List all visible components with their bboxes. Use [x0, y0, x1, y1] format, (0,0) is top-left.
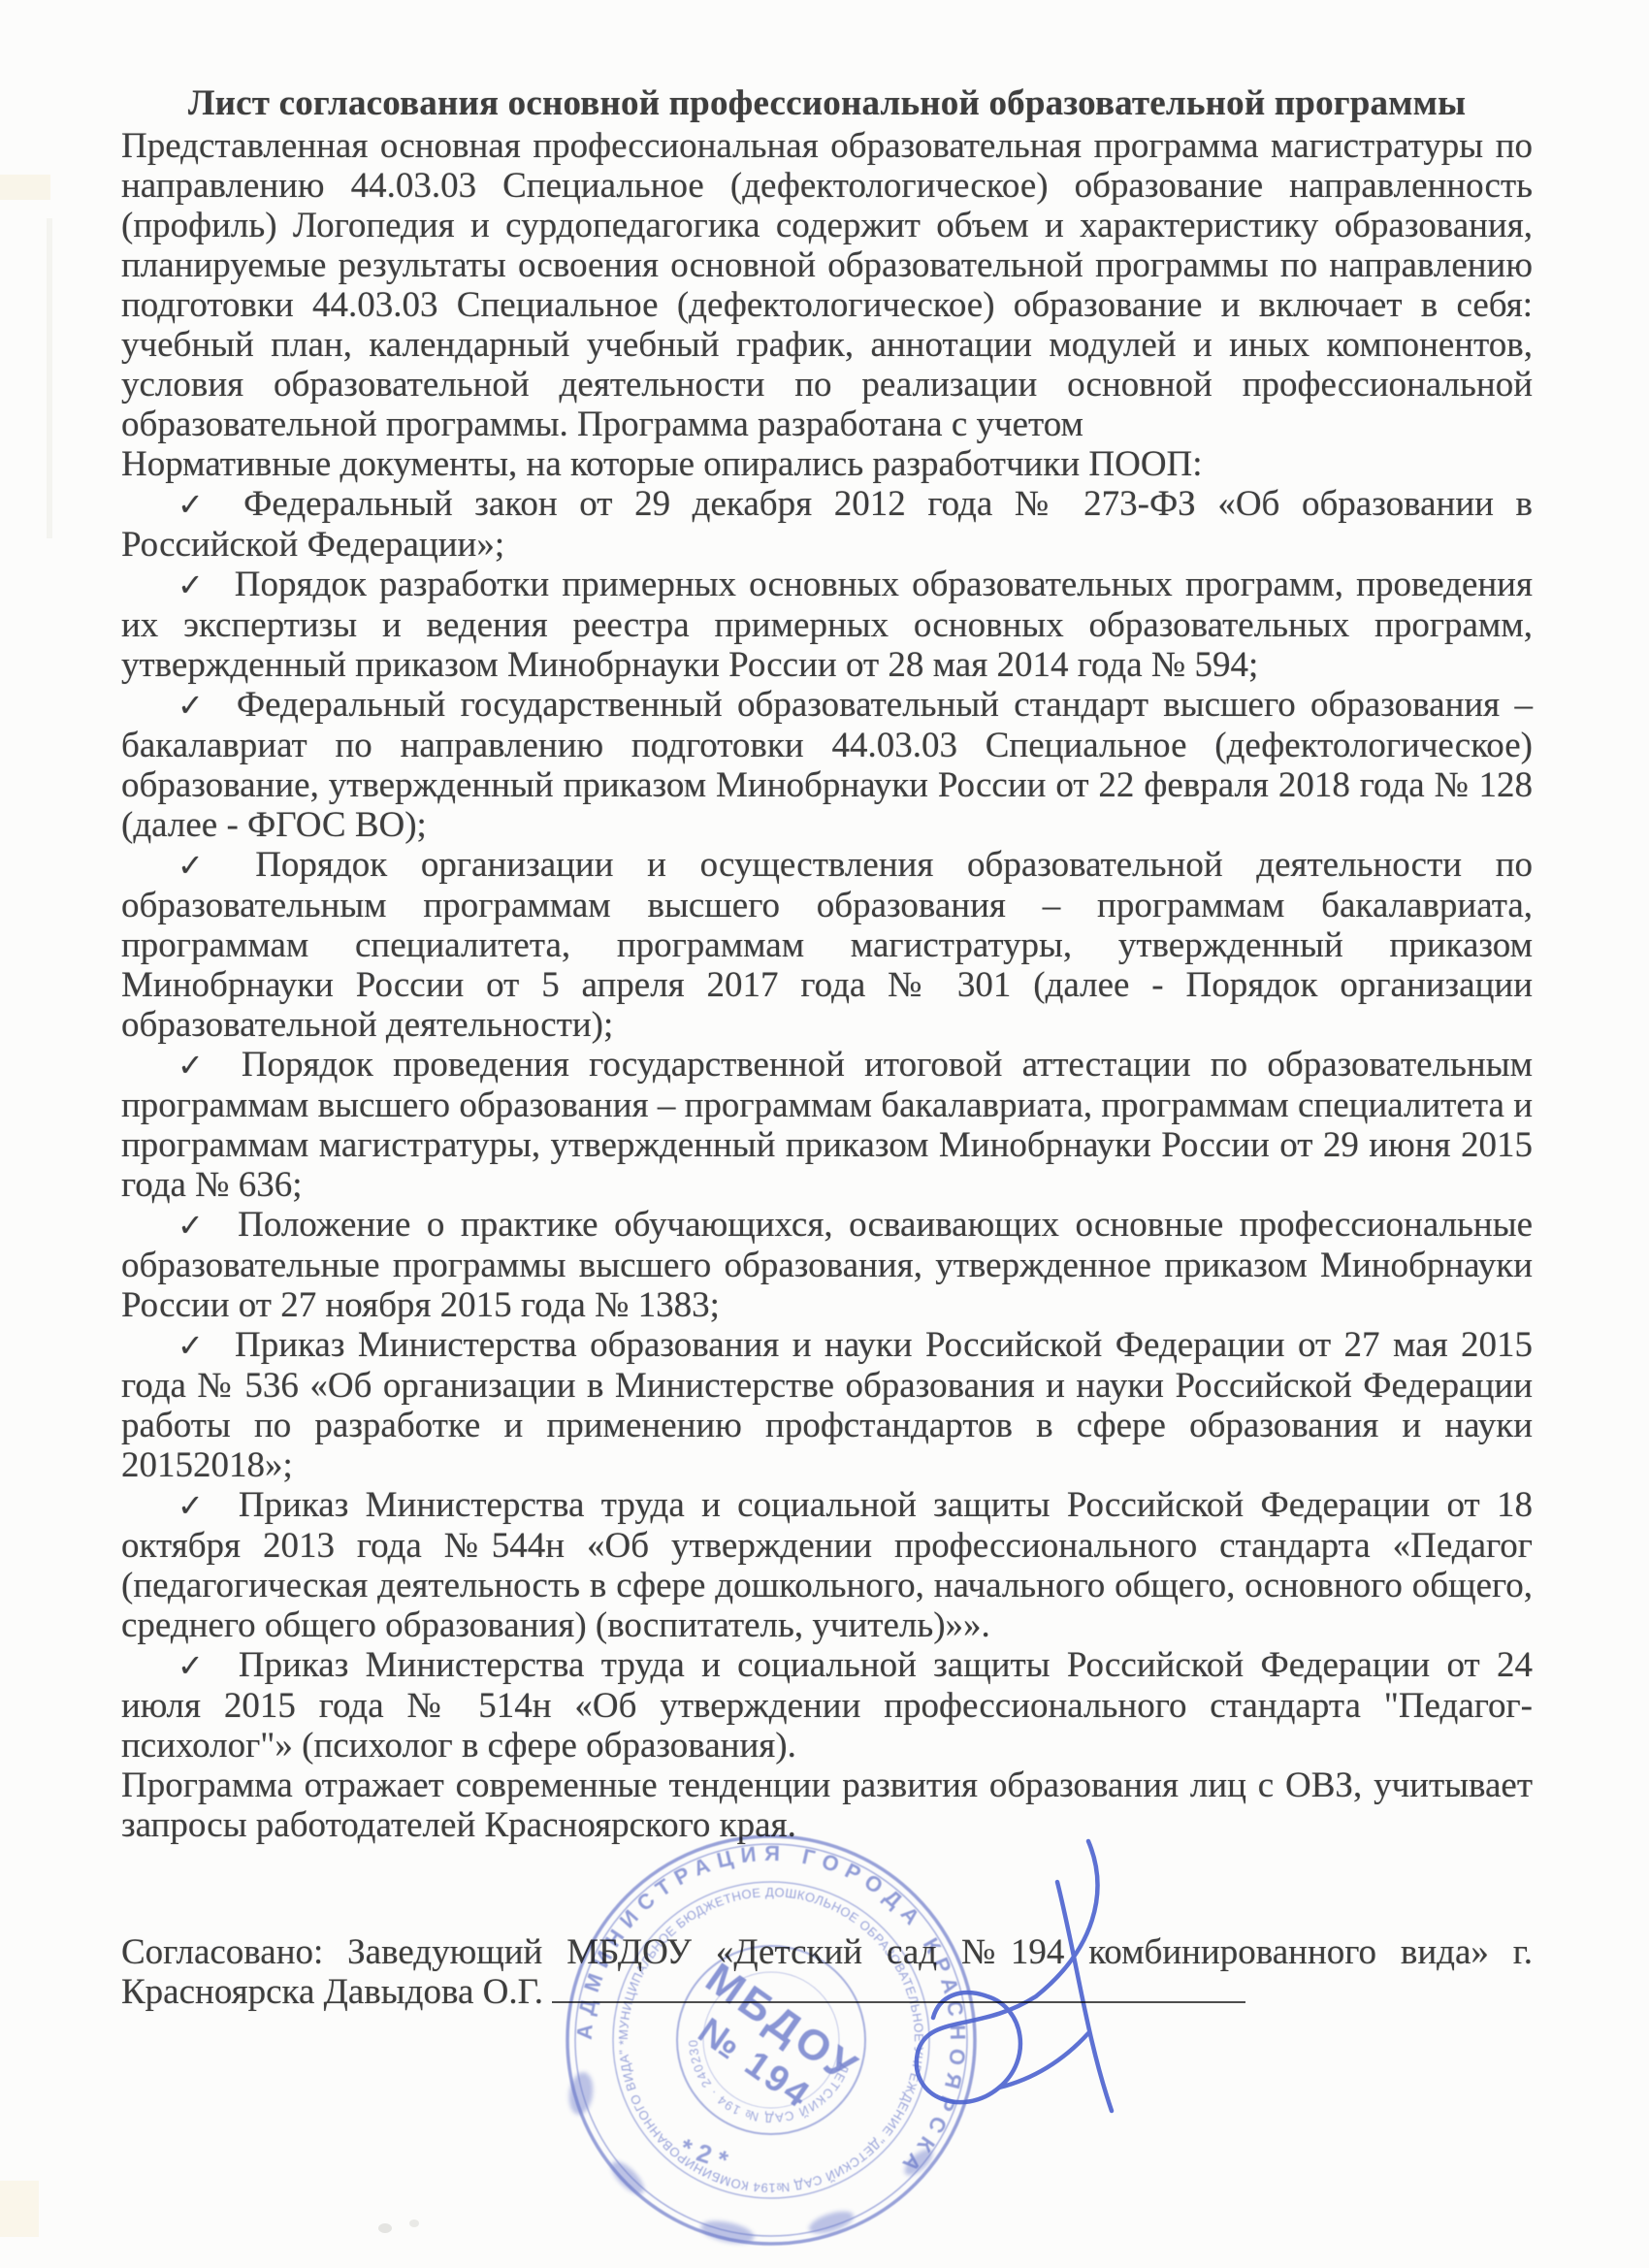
bullet-text: Порядок проведения государственной итого… [121, 1045, 1533, 1205]
bullet-text: Порядок организации и осуществления обра… [121, 845, 1533, 1045]
bullet-text: Приказ Министерства труда и социальной з… [121, 1645, 1533, 1766]
scan-artifact [409, 2219, 419, 2227]
checkmark-icon: ✓ [178, 687, 210, 724]
list-heading: Нормативные документы, на которые опирал… [121, 444, 1533, 484]
signature-line [552, 2001, 1245, 2003]
bullet-item: ✓Положение о практике обучающихся, осваи… [121, 1205, 1533, 1325]
intro-paragraph: Представленная основная профессиональная… [121, 126, 1533, 444]
bullet-item: ✓Приказ Министерства труда и социальной … [121, 1645, 1533, 1766]
page-title: Лист согласования основной профессиональ… [121, 83, 1533, 123]
checkmark-icon: ✓ [178, 1327, 208, 1364]
checkmark-icon: ✓ [178, 847, 228, 884]
approval-text: Согласовано: Заведующий МБДОУ «Детский с… [121, 1932, 1533, 2012]
scan-artifact [378, 2223, 392, 2233]
stamp-ink-smudge [606, 2156, 649, 2199]
bullet-text: Федеральный закон от 29 декабря 2012 год… [121, 484, 1533, 565]
bullet-text: Приказ Министерства образования и науки … [121, 1325, 1533, 1485]
bullet-item: ✓Порядок проведения государственной итог… [121, 1045, 1533, 1205]
checkmark-icon: ✓ [178, 1047, 214, 1084]
approval-block: Согласовано: Заведующий МБДОУ «Детский с… [121, 1932, 1533, 2012]
checkmark-icon: ✓ [178, 1647, 211, 1684]
document-body: Лист согласования основной профессиональ… [121, 83, 1533, 1845]
bullet-text: Положение о практике обучающихся, осваив… [121, 1205, 1533, 1325]
scan-artifact [47, 218, 52, 538]
checkmark-icon: ✓ [178, 1487, 211, 1524]
bullet-item: ✓Федеральный государственный образовател… [121, 685, 1533, 845]
bullet-item: ✓Приказ Министерства образования и науки… [121, 1325, 1533, 1485]
checkmark-icon: ✓ [178, 1207, 210, 1244]
bullet-item: ✓Федеральный закон от 29 декабря 2012 го… [121, 484, 1533, 565]
bullet-item: ✓Приказ Министерства труда и социальной … [121, 1485, 1533, 1645]
bullet-text: Федеральный государственный образователь… [121, 685, 1533, 845]
bullet-item: ✓Порядок организации и осуществления обр… [121, 845, 1533, 1045]
page: Лист согласования основной профессиональ… [0, 0, 1649, 2268]
normative-documents-list: ✓Федеральный закон от 29 декабря 2012 го… [121, 484, 1533, 1766]
signature-stroke [999, 2033, 1088, 2088]
scanned-document-page: { "colors": { "page_bg": "#fcfcfb", "tex… [0, 0, 1649, 2268]
checkmark-icon: ✓ [178, 486, 216, 523]
scan-artifact [0, 175, 50, 200]
bullet-text: Приказ Министерства труда и социальной з… [121, 1485, 1533, 1645]
scan-artifact [0, 2181, 39, 2237]
checkmark-icon: ✓ [178, 567, 208, 603]
bullet-text: Порядок разработки примерных основных об… [121, 565, 1533, 685]
bullet-item: ✓Порядок разработки примерных основных о… [121, 565, 1533, 685]
